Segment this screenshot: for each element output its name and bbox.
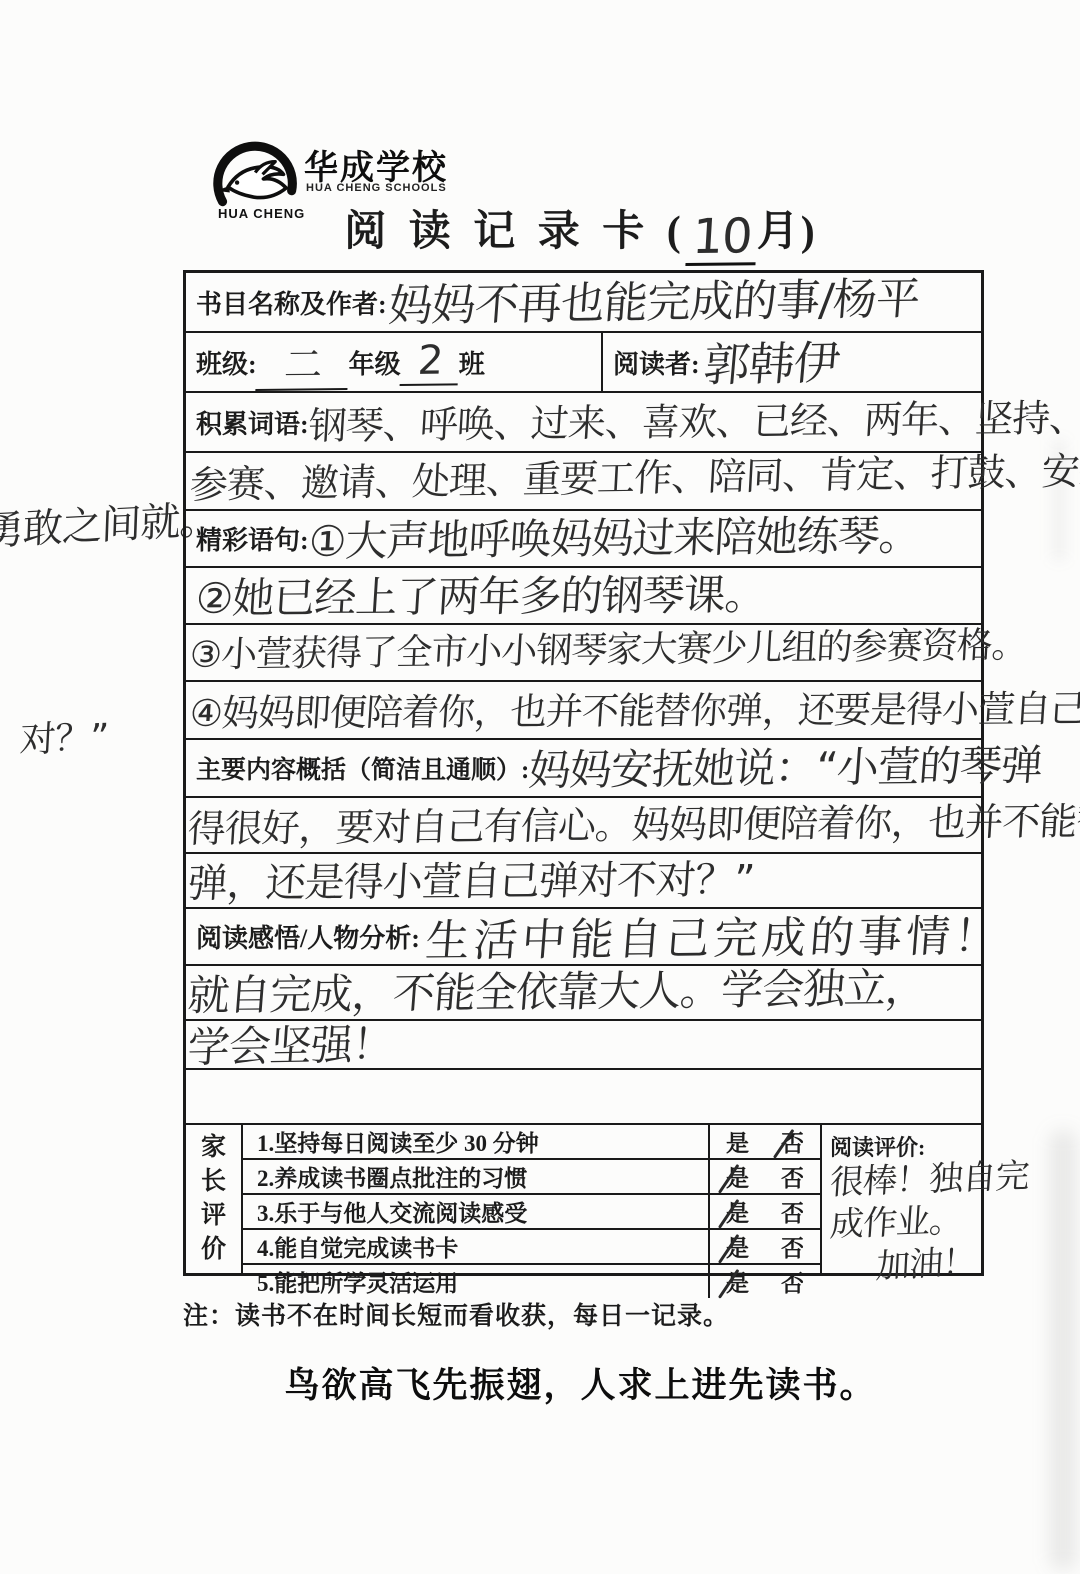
parent-eval-section: 家长评价 1.坚持每日阅读至少 30 分钟 是 否 2.养成读书圈点批注的习惯 … — [186, 1125, 981, 1273]
item-2-text: 2.养成读书圈点批注的习惯 — [243, 1160, 708, 1193]
sentences-label: 精彩语句: — [196, 520, 309, 557]
parent-eval-item-5: 5.能把所学灵活运用 是 否 — [243, 1265, 820, 1298]
class-label: 班级: — [196, 344, 257, 381]
sentences-row-1: 精彩语句: ①大声地呼唤妈妈过来陪她练琴。 — [186, 511, 981, 568]
card-title-text: 阅 读 记 录 卡 ( — [344, 209, 687, 255]
footer-motto: 鸟欲高飞先振翅，人求上进先读书。 — [183, 1358, 978, 1408]
parent-eval-label: 家长评价 — [200, 1131, 228, 1267]
handwritten-sentence-1: ①大声地呼唤妈妈过来陪她练琴。 — [307, 502, 922, 568]
item-5-text: 5.能把所学灵活运用 — [243, 1265, 708, 1298]
no-option: 否 — [778, 1195, 807, 1228]
school-name-en: HUA CHENG SCHOOLS — [306, 182, 447, 194]
handwritten-sentence-3: ③小萱获得了全市小小钢琴家大赛少儿组的参赛资格。 — [189, 617, 1029, 678]
item-4-yesno: 是 否 — [708, 1230, 820, 1263]
scan-shadow-right — [1050, 1130, 1076, 1570]
sentences-row-2: ②她已经上了两年多的钢琴课。 — [186, 568, 981, 625]
handwritten-reader-name: 郭韩伊 — [701, 327, 842, 395]
reading-record-table: 书目名称及作者: 妈妈不再也能完成的事/杨平 班级: 二 年级 2 班 阅读者:… — [183, 270, 984, 1276]
handwritten-words-line1: 钢琴、呼唤、过来、喜欢、已经、两年、坚持、告诉、获得、 — [307, 384, 1080, 449]
summary-row-1: 主要内容概括（简洁且通顺）: 妈妈安抚她说：“小萱的琴弹 — [186, 740, 981, 798]
card-title-suffix: 月) — [757, 209, 817, 255]
reading-eval-cell: 阅读评价: 很棒！独自完 成作业。 加油！ — [820, 1125, 981, 1273]
item-1-yesno: 是 否 — [708, 1125, 820, 1158]
handwritten-reflection-line3: 学会坚强！ — [186, 1011, 395, 1075]
handwritten-summary-line1: 妈妈安抚她说：“小萱的琴弹 — [527, 733, 1045, 798]
words-label: 积累词语: — [196, 404, 309, 441]
parent-eval-items: 1.坚持每日阅读至少 30 分钟 是 否 2.养成读书圈点批注的习惯 是 否 3… — [243, 1125, 820, 1273]
sentences-row-3: ③小萱获得了全市小小钢琴家大赛少儿组的参赛资格。 — [186, 625, 981, 682]
handwritten-eval-line3: 加油！ — [875, 1241, 983, 1288]
class-unit-label: 班 — [459, 344, 485, 381]
reader-cell: 阅读者: 郭韩伊 — [603, 333, 981, 391]
no-option: 否 — [778, 1230, 807, 1263]
handwritten-sentence-2: ②她已经上了两年多的钢琴课。 — [194, 562, 768, 626]
item-3-text: 3.乐于与他人交流阅读感受 — [243, 1195, 708, 1228]
no-option: 否 — [778, 1160, 807, 1193]
item-5-yesno: 是 否 — [708, 1265, 820, 1298]
item-1-text: 1.坚持每日阅读至少 30 分钟 — [243, 1125, 708, 1158]
handwritten-grade: 二 — [255, 333, 350, 391]
parent-eval-item-1: 1.坚持每日阅读至少 30 分钟 是 否 — [243, 1125, 820, 1160]
yes-option: 是 — [723, 1265, 752, 1298]
handwritten-summary-line3: 弹，还是得小萱自己弹对不对？” — [186, 848, 756, 909]
sentences-row-4: ④妈妈即便陪着你，也并不能替你弹，还要是得小萱自己弹对不 — [186, 682, 981, 740]
yes-option: 是 — [723, 1160, 752, 1193]
summary-row-2: 得很好，要对自己有信心。妈妈即便陪着你，也并不能替你 — [186, 798, 981, 854]
yes-option: 是 — [723, 1230, 752, 1263]
summary-label: 主要内容概括（简洁且通顺）: — [196, 750, 529, 786]
reader-label: 阅读者: — [613, 344, 700, 381]
handwritten-book-title: 妈妈不再也能完成的事/杨平 — [386, 263, 921, 334]
yes-option: 是 — [723, 1125, 752, 1158]
yes-option: 是 — [723, 1195, 752, 1228]
parent-eval-label-cell: 家长评价 — [186, 1125, 243, 1273]
class-reader-row: 班级: 二 年级 2 班 阅读者: 郭韩伊 — [186, 333, 981, 393]
item-2-yesno: 是 否 — [708, 1160, 820, 1193]
empty-row — [186, 1070, 981, 1125]
item-4-text: 4.能自觉完成读书卡 — [243, 1230, 708, 1263]
footer-note: 注：读书不在时间长短而看收获，每日一记录。 — [183, 1296, 729, 1332]
card-title: 阅 读 记 录 卡 (10月) — [183, 198, 978, 266]
handwritten-eval-line2: 成作业。 — [829, 1199, 983, 1246]
parent-eval-item-3: 3.乐于与他人交流阅读感受 是 否 — [243, 1195, 820, 1230]
handwritten-summary-line2: 得很好，要对自己有信心。妈妈即便陪着你，也并不能替你 — [186, 789, 1080, 852]
reflection-row-3: 学会坚强！ — [186, 1021, 981, 1070]
handwritten-sentence-4: ④妈妈即便陪着你，也并不能替你弹，还要是得小萱自己弹对不 — [188, 678, 1080, 737]
margin-note-2: 对？” — [19, 709, 110, 763]
handwritten-eval-line1: 很棒！独自完 — [829, 1157, 983, 1204]
parent-eval-item-2: 2.养成读书圈点批注的习惯 是 否 — [243, 1160, 820, 1195]
parent-eval-item-4: 4.能自觉完成读书卡 是 否 — [243, 1230, 820, 1265]
grade-unit-label: 年级 — [349, 344, 401, 381]
no-option: 否 — [778, 1265, 807, 1298]
book-title-row: 书目名称及作者: 妈妈不再也能完成的事/杨平 — [186, 273, 981, 333]
no-option: 否 — [778, 1125, 807, 1158]
reflection-label: 阅读感悟/人物分析: — [196, 918, 420, 955]
book-title-label: 书目名称及作者: — [196, 284, 387, 321]
class-cell: 班级: 二 年级 2 班 — [186, 333, 603, 391]
handwritten-class-number: 2 — [399, 337, 460, 386]
item-3-yesno: 是 否 — [708, 1195, 820, 1228]
handwritten-month: 10 — [685, 210, 758, 266]
